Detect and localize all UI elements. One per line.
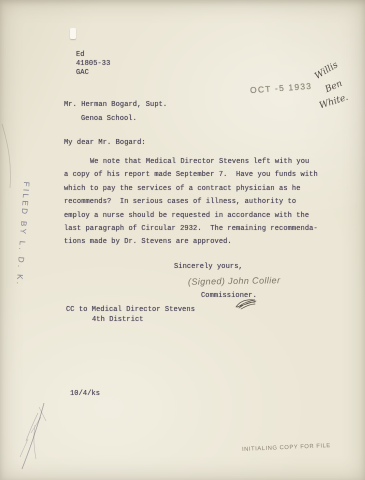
- handwritten-note-line-2: Ben: [324, 79, 344, 95]
- handwritten-note-line-1: Willis: [313, 60, 340, 82]
- paper-crease-mark-left: [0, 120, 30, 190]
- cc-line-2: 4th District: [92, 316, 144, 324]
- typist-date-initials: 10/4/ks: [70, 390, 100, 398]
- signer-title: Commissioner.: [201, 292, 257, 300]
- file-reference-line-2: 41805-33: [76, 60, 110, 69]
- salutation: My dear Mr. Bogard:: [64, 139, 146, 147]
- paper-crease-marks: [0, 395, 70, 480]
- filed-by-stamp: FILED BY L. D. K.: [15, 181, 31, 286]
- file-reference-line-1: Ed: [76, 51, 85, 60]
- body-line: which to pay the services of a contract …: [64, 183, 301, 196]
- body-line: last paragraph of Circular 2932. The rem…: [64, 223, 318, 236]
- closing: Sincerely yours,: [174, 263, 243, 271]
- handwritten-note-line-3: White.: [318, 93, 349, 112]
- file-copy-stamp: INITIALING COPY FOR FILE: [242, 443, 331, 453]
- body-line: a copy of his report made September 7. H…: [64, 169, 318, 182]
- signature-stamp: (Signed) John Collier: [188, 275, 281, 287]
- body-line: recommends? In serious cases of illness,…: [64, 196, 296, 209]
- recipient-organization: Genoa School.: [81, 115, 137, 123]
- scanned-letter-page: Ed 41805-33 GAC OCT -5 1933 Willis Ben W…: [0, 0, 365, 480]
- body-line: employ a nurse should be requested in ac…: [64, 210, 309, 223]
- body-line: We note that Medical Director Stevens le…: [64, 156, 309, 169]
- paper-speck: [70, 28, 76, 39]
- body-line: tions made by Dr. Stevens are approved.: [64, 236, 232, 249]
- file-reference-line-3: GAC: [76, 69, 89, 78]
- date-received-stamp: OCT -5 1933: [250, 81, 313, 95]
- cc-line-1: CC to Medical Director Stevens: [66, 306, 195, 314]
- recipient-name: Mr. Herman Bogard, Supt.: [64, 101, 167, 109]
